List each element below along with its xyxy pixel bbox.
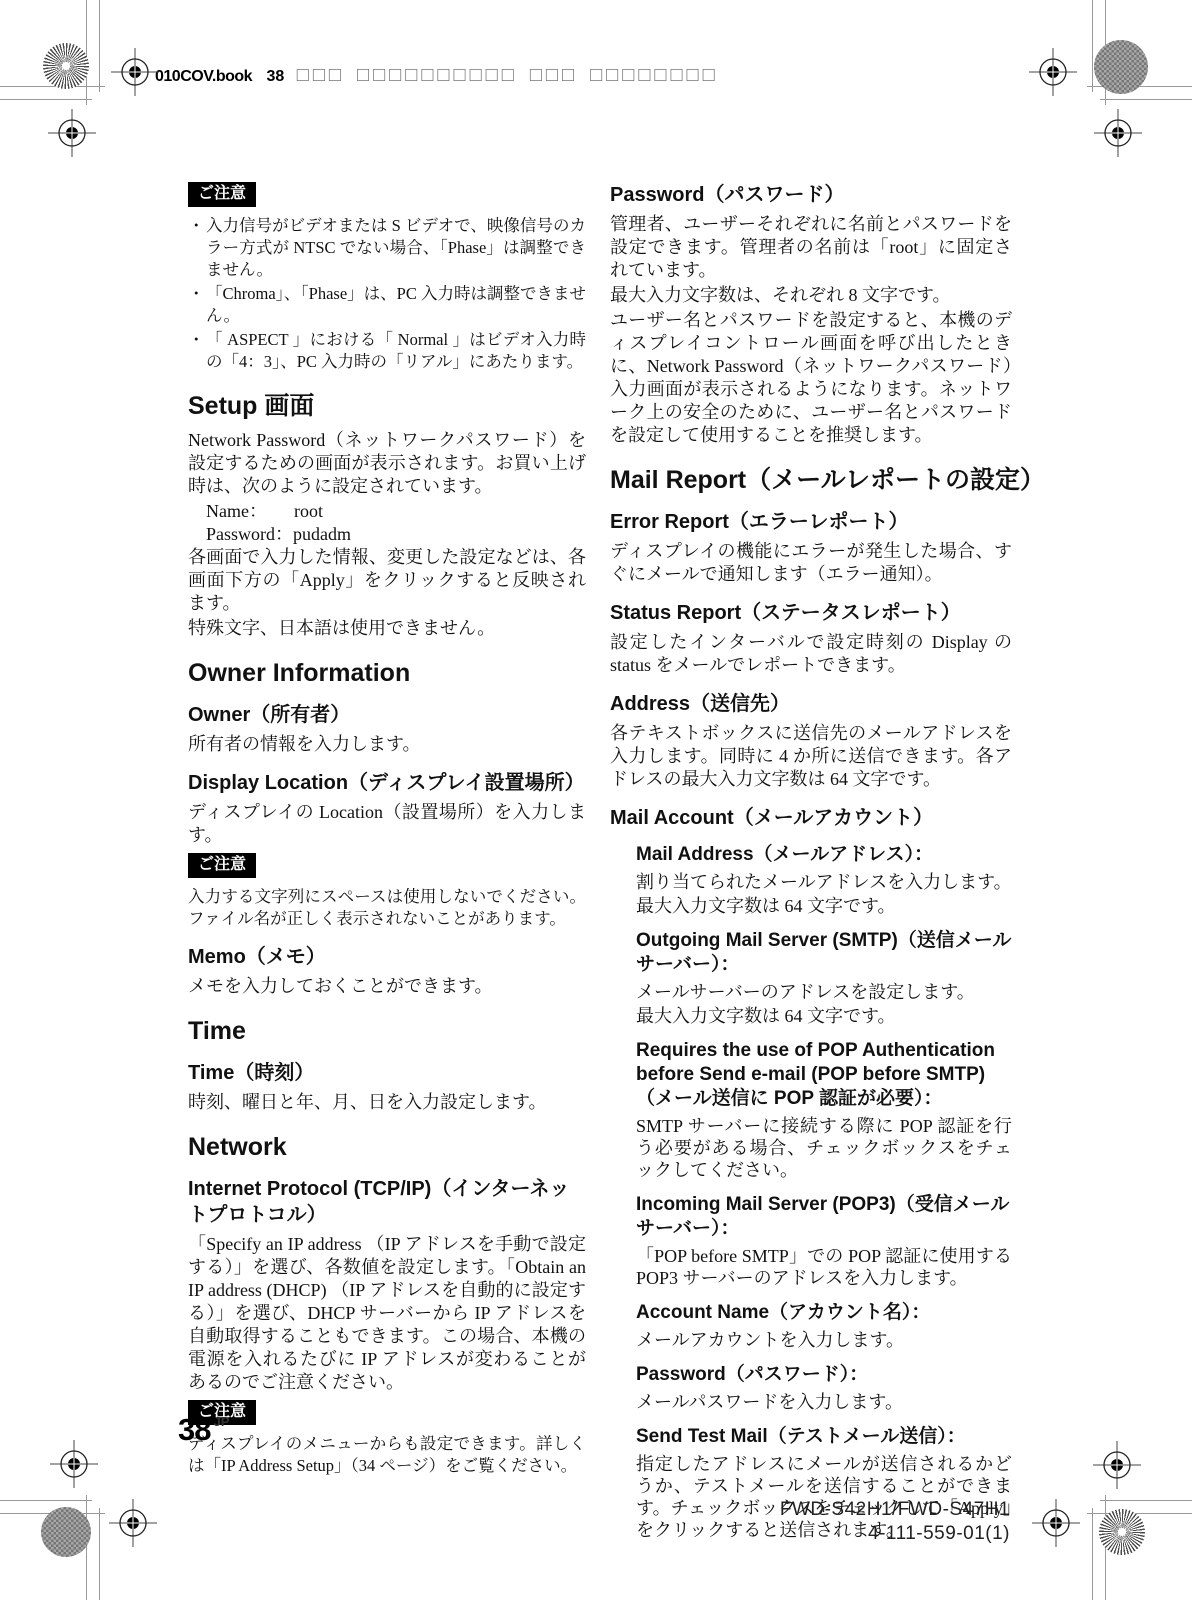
document-footer: FWD-S42H1/FWD-S47H1 4-111-559-01(1) bbox=[780, 1498, 1010, 1546]
crop-mark bbox=[1092, 1508, 1093, 1600]
default-name-line: Name： root bbox=[188, 500, 586, 523]
mail-account-items: Mail Address（メールアドレス）：割り当てられたメールアドレスを入力し… bbox=[610, 843, 1012, 1541]
scanned-manual-page: { "header": { "book_label": "010COV.book… bbox=[0, 0, 1192, 1600]
registration-mark-icon bbox=[48, 109, 96, 157]
model-number: FWD-S42H1/FWD-S47H1 bbox=[780, 1498, 1010, 1522]
default-password-line: Password：pudadm bbox=[188, 523, 586, 546]
section-title-time: Time bbox=[188, 1016, 586, 1046]
mail-account-item-heading: Incoming Mail Server (POP3)（受信メールサーバー）： bbox=[636, 1193, 1012, 1241]
page-region-label: JP bbox=[213, 1414, 229, 1429]
caution-label: ご注意 bbox=[188, 182, 256, 207]
right-column: Password（パスワード） 管理者、ユーザーそれぞれに名前とパスワードを設定… bbox=[610, 182, 1012, 1543]
caution-label: ご注意 bbox=[188, 853, 256, 878]
halftone-circle bbox=[41, 1507, 91, 1557]
page-number-value: 38 bbox=[178, 1412, 210, 1447]
password-paragraph: 管理者、ユーザーそれぞれに名前とパスワードを設定できます。管理者の名前は「roo… bbox=[610, 213, 1012, 282]
caution-bullet: 「 ASPECT 」における「 Normal 」はビデオ入力時の「4：3」、PC… bbox=[188, 329, 586, 373]
mail-account-item-body: メールサーバーのアドレスを設定します。 bbox=[636, 981, 1012, 1003]
time-body: 時刻、曜日と年、月、日を入力設定します。 bbox=[188, 1091, 586, 1114]
left-column: ご注意 入力信号がビデオまたは S ビデオで、映像信号のカラー方式が NTSC … bbox=[188, 182, 586, 1479]
crop-mark bbox=[0, 86, 105, 87]
document-code: 4-111-559-01(1) bbox=[780, 1522, 1010, 1546]
caution-bullet: 「Chroma」、「Phase」は、PC 入力時は調整できません。 bbox=[188, 283, 586, 327]
missing-glyph-group: □□□ bbox=[297, 64, 345, 87]
crop-mark bbox=[1100, 99, 1192, 100]
missing-glyph-group: □□□ bbox=[530, 64, 578, 87]
internet-protocol-body: 「Specify an IP address （IP アドレスを手動で設定する）… bbox=[188, 1233, 586, 1394]
mail-account-item-heading: Account Name（アカウント名）： bbox=[636, 1301, 1012, 1325]
status-report-body: 設定したインターバルで設定時刻の Display の status をメールでレ… bbox=[610, 631, 1012, 677]
registration-mark-icon bbox=[1029, 48, 1077, 96]
memo-body: メモを入力しておくことができます。 bbox=[188, 975, 586, 998]
registration-mark-icon bbox=[50, 1440, 98, 1488]
password-heading: Password（パスワード） bbox=[610, 182, 1012, 208]
mail-account-item-heading: Mail Address（メールアドレス）： bbox=[636, 843, 1012, 867]
missing-glyph-group: □□□□□□□□ bbox=[590, 64, 719, 87]
registration-mark-icon bbox=[111, 48, 159, 96]
starburst-circle bbox=[1099, 1509, 1145, 1555]
print-header: 010COV.book 38 □□□□□□□□□□□□□□□□□□□□□□□□ bbox=[155, 64, 731, 87]
mail-account-item-heading: Send Test Mail（テストメール送信）： bbox=[636, 1425, 1012, 1449]
error-report-body: ディスプレイの機能にエラーが発生した場合、すぐにメールで通知します（エラー通知）… bbox=[610, 540, 1012, 586]
caution-body: 入力する文字列にスペースは使用しないでください。ファイル名が正しく表示されないこ… bbox=[188, 886, 586, 930]
address-heading: Address（送信先） bbox=[610, 691, 1012, 717]
starburst-circle bbox=[43, 43, 89, 89]
internet-protocol-heading: Internet Protocol (TCP/IP)（インターネットプロトコル） bbox=[188, 1176, 586, 1228]
password-paragraph: 最大入力文字数は、それぞれ 8 文字です。 bbox=[610, 284, 1012, 307]
mail-account-item-body: メールパスワードを入力します。 bbox=[636, 1391, 1012, 1413]
mail-account-item-heading: Requires the use of POP Authentication b… bbox=[636, 1039, 1012, 1111]
section-title-owner-information: Owner Information bbox=[188, 658, 586, 688]
memo-heading: Memo（メモ） bbox=[188, 944, 586, 970]
header-book-label: 010COV.book bbox=[155, 68, 252, 85]
mail-account-item-heading: Password（パスワード）： bbox=[636, 1363, 1012, 1387]
section-title-network: Network bbox=[188, 1132, 586, 1162]
setup-charset-note: 特殊文字、日本語は使用できません。 bbox=[188, 617, 586, 640]
header-page-ref: 38 bbox=[267, 68, 285, 85]
caution-bullet: 入力信号がビデオまたは S ビデオで、映像信号のカラー方式が NTSC でない場… bbox=[188, 215, 586, 281]
error-report-heading: Error Report（エラーレポート） bbox=[610, 509, 1012, 535]
address-body: 各テキストボックスに送信先のメールアドレスを入力します。同時に 4 か所に送信で… bbox=[610, 722, 1012, 791]
mail-account-item-body: 割り当てられたメールアドレスを入力します。 bbox=[636, 871, 1012, 893]
setup-intro: Network Password（ネットワークパスワード）を設定するための画面が… bbox=[188, 429, 586, 498]
crop-mark bbox=[86, 0, 87, 105]
caution-bullet-list: 入力信号がビデオまたは S ビデオで、映像信号のカラー方式が NTSC でない場… bbox=[188, 215, 586, 373]
crop-mark bbox=[1092, 0, 1093, 92]
registration-mark-icon bbox=[1093, 1441, 1141, 1489]
password-body: 管理者、ユーザーそれぞれに名前とパスワードを設定できます。管理者の名前は「roo… bbox=[610, 213, 1012, 447]
crop-mark bbox=[99, 1508, 100, 1600]
crop-mark bbox=[0, 99, 92, 100]
crop-mark bbox=[0, 1500, 92, 1501]
crop-mark bbox=[86, 1495, 87, 1600]
caution-body: ディスプレイのメニューからも設定できます。詳しくは「IP Address Set… bbox=[188, 1433, 586, 1477]
display-location-heading: Display Location（ディスプレイ設置場所） bbox=[188, 770, 586, 796]
mail-account-item-body: 最大入力文字数は 64 文字です。 bbox=[636, 895, 1012, 917]
header-missing-glyphs: □□□□□□□□□□□□□□□□□□□□□□□□ bbox=[297, 64, 731, 87]
owner-body: 所有者の情報を入力します。 bbox=[188, 733, 586, 756]
crop-mark bbox=[1087, 1513, 1192, 1514]
halftone-circle bbox=[1094, 40, 1148, 94]
owner-heading: Owner（所有者） bbox=[188, 702, 586, 728]
registration-mark-icon bbox=[1032, 1499, 1080, 1547]
display-location-body: ディスプレイの Location（設置場所）を入力します。 bbox=[188, 801, 586, 847]
registration-mark-icon bbox=[109, 1499, 157, 1547]
registration-mark-icon bbox=[1094, 109, 1142, 157]
password-paragraph: ユーザー名とパスワードを設定すると、本機のディスプレイコントロール画面を呼び出し… bbox=[610, 309, 1012, 447]
crop-mark bbox=[99, 0, 100, 92]
mail-account-item-body: メールアカウントを入力します。 bbox=[636, 1329, 1012, 1351]
section-title-mail-report: Mail Report（メールレポートの設定） bbox=[610, 465, 1012, 495]
mail-account-item-body: 最大入力文字数は 64 文字です。 bbox=[636, 1005, 1012, 1027]
mail-account-item-heading: Outgoing Mail Server (SMTP)（送信メールサーバー）： bbox=[636, 929, 1012, 977]
setup-apply-note: 各画面で入力した情報、変更した設定などは、各画面下方の「Apply」をクリックす… bbox=[188, 546, 586, 615]
time-heading: Time（時刻） bbox=[188, 1060, 586, 1086]
section-title-setup: Setup 画面 bbox=[188, 391, 586, 421]
missing-glyph-group: □□□□□□□□□□ bbox=[357, 64, 518, 87]
mail-account-heading: Mail Account（メールアカウント） bbox=[610, 805, 1012, 831]
mail-account-item-body: 「POP before SMTP」での POP 認証に使用する POP3 サーバ… bbox=[636, 1245, 1012, 1289]
mail-account-item-body: SMTP サーバーに接続する際に POP 認証を行う必要がある場合、チェックボッ… bbox=[636, 1115, 1012, 1181]
crop-mark bbox=[1100, 1500, 1192, 1501]
status-report-heading: Status Report（ステータスレポート） bbox=[610, 600, 1012, 626]
page-number: 38JP bbox=[178, 1412, 229, 1448]
